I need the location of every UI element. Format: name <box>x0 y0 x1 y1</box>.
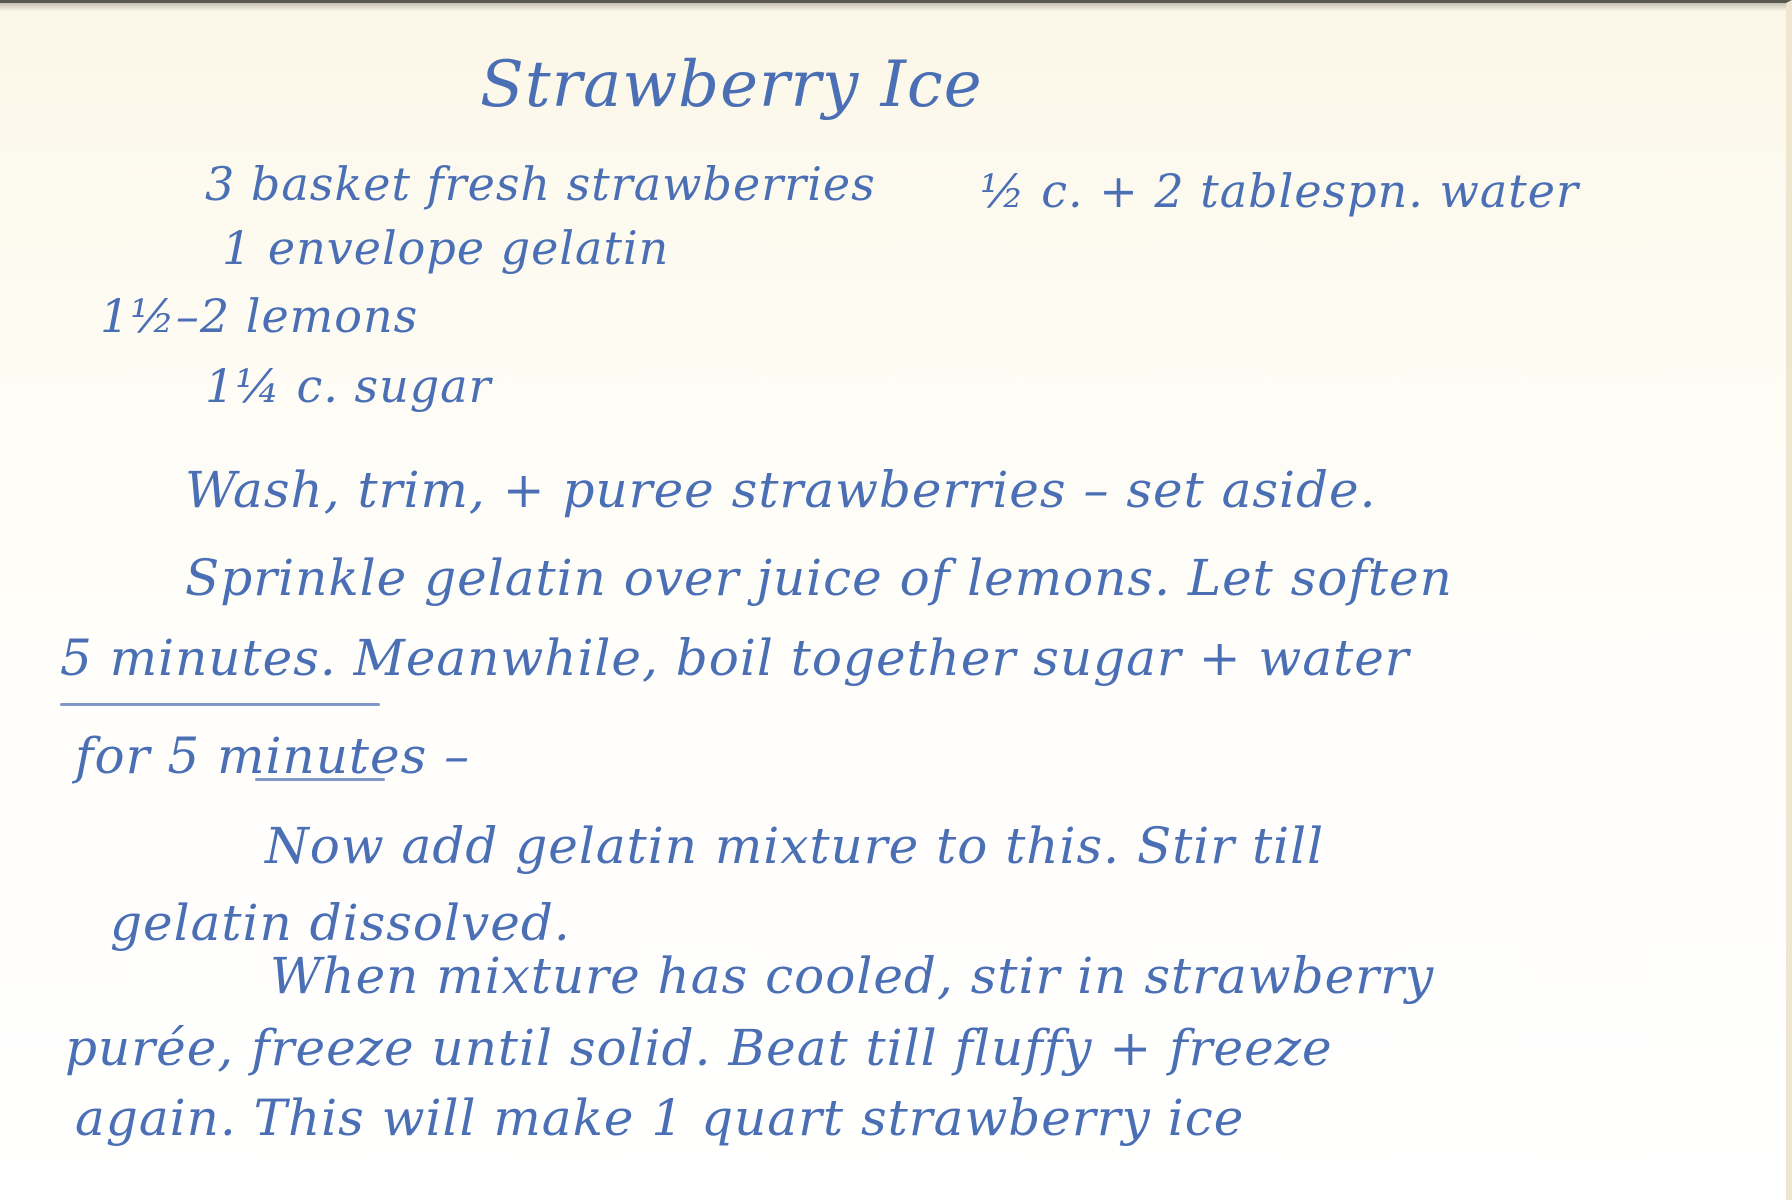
ingredient-item: 1¼ c. sugar <box>205 363 492 409</box>
ingredient-item: 1½–2 lemons <box>100 293 418 339</box>
ingredient-item: 3 basket fresh strawberries <box>205 161 876 207</box>
ingredient-qty: 1 <box>222 221 252 275</box>
ingredient-qty: 1½–2 <box>100 289 230 343</box>
direction-line: 5 minutes. Meanwhile, boil together suga… <box>60 633 1410 683</box>
direction-line: Sprinkle gelatin over juice of lemons. L… <box>185 553 1453 603</box>
underline-mark <box>255 778 385 781</box>
direction-line: Now add gelatin mixture to this. Stir ti… <box>265 821 1324 871</box>
ingredient-qty: 1¼ <box>205 359 281 413</box>
recipe-card: Strawberry Ice 3 basket fresh strawberri… <box>0 0 1792 1200</box>
direction-line: gelatin dissolved. <box>110 898 571 948</box>
ingredient-text: lemons <box>246 289 418 343</box>
direction-line: for 5 minutes – <box>75 731 470 781</box>
ingredient-item: 1 envelope gelatin <box>222 225 669 271</box>
ingredient-text: c. sugar <box>296 359 491 413</box>
recipe-title: Strawberry Ice <box>480 53 983 117</box>
underline-mark <box>60 703 380 706</box>
direction-line: again. This will make 1 quart strawberry… <box>75 1093 1244 1143</box>
ingredient-qty: 3 <box>205 157 235 211</box>
ingredient-text: envelope gelatin <box>268 221 669 275</box>
ingredient-side-note: ½ c. + 2 tablespn. water <box>980 168 1579 214</box>
direction-line: When mixture has cooled, stir in strawbe… <box>270 951 1434 1001</box>
direction-line: purée, freeze until solid. Beat till flu… <box>65 1023 1333 1073</box>
ingredient-text: basket fresh strawberries <box>251 157 876 211</box>
direction-line: Wash, trim, + puree strawberries – set a… <box>185 465 1377 515</box>
